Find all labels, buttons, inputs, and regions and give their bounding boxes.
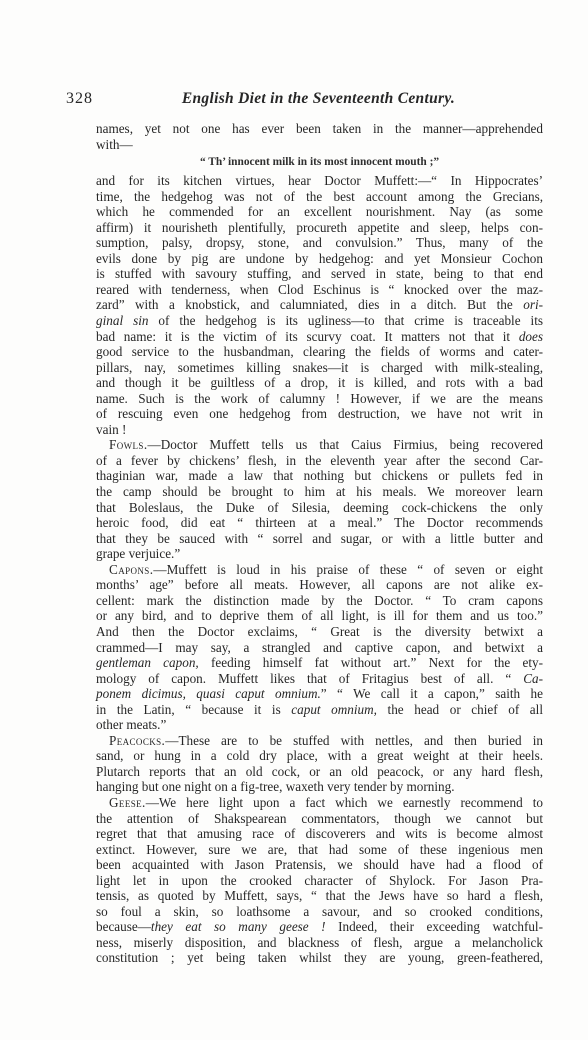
page-header: 328 English Diet in the Seventeenth Cent… <box>66 90 544 108</box>
text-line: tensis, as quoted by Muffett, says, “ th… <box>96 888 543 904</box>
text-line: bad name: it is the victim of its scurvy… <box>96 329 543 345</box>
text-line: and though it be guiltless of a drop, it… <box>96 375 543 391</box>
text-line: with— <box>96 137 543 153</box>
text-line: mology of capon. Muffett likes that of F… <box>96 671 543 687</box>
text-line: Peacocks.—These are to be stuffed with n… <box>96 733 543 749</box>
text-line: that they be sauced with “ sorrel and su… <box>96 531 543 547</box>
text-line: of a fever by chickens’ flesh, in the el… <box>96 453 543 469</box>
text-line: or any bird, and to deprive them of all … <box>96 608 543 624</box>
text-line: vain ! <box>96 422 543 438</box>
text-line: sand, or hung in a cold dry place, with … <box>96 748 543 764</box>
text-line: ginal sin of the hedgehog is its uglines… <box>96 313 543 329</box>
text-line: gentleman capon, feeding himself fat wit… <box>96 655 543 671</box>
text-line: and for its kitchen virtues, hear Doctor… <box>96 173 543 189</box>
text-line: names, yet not one has ever been taken i… <box>96 121 543 137</box>
text-line: time, the hedgehog was not of the best a… <box>96 189 543 205</box>
text-line: affirm) it nourisheth plentifully, procu… <box>96 220 543 236</box>
verse-quote: “ Th’ innocent milk in its most innocent… <box>96 156 543 169</box>
text-line: other meats.” <box>96 717 543 733</box>
text-line: in the Latin, “ because it is caput omni… <box>96 702 543 718</box>
book-page: 328 English Diet in the Seventeenth Cent… <box>0 0 588 1040</box>
text-line: ness, miserly disposition, and blackness… <box>96 935 543 951</box>
page-text: names, yet not one has ever been taken i… <box>96 121 543 966</box>
paragraph-capons: Capons.—Muffett is loud in his praise of… <box>96 562 543 733</box>
text-line: pillars, nay, sometimes killing snakes—i… <box>96 360 543 376</box>
text-line: because—they eat so many geese ! Indeed,… <box>96 919 543 935</box>
text-line: reared with tenderness, when Clod Eschin… <box>96 282 543 298</box>
text-line: sumption, palsy, dropsy, stone, and conv… <box>96 235 543 251</box>
text-line: zard” with a knobstick, and calumniated,… <box>96 297 543 313</box>
paragraph-continuation: names, yet not one has ever been taken i… <box>96 121 543 152</box>
text-line: crammed—I may say, a strangled and capti… <box>96 640 543 656</box>
text-line: Fowls.—Doctor Muffett tells us that Caiu… <box>96 437 543 453</box>
text-line: regret that that amusing race of discove… <box>96 826 543 842</box>
text-line: months’ age” before all meats. However, … <box>96 577 543 593</box>
text-line: Plutarch reports that an old cock, or an… <box>96 764 543 780</box>
text-line: light let in upon the crooked character … <box>96 873 543 889</box>
running-title: English Diet in the Seventeenth Century. <box>93 90 544 108</box>
text-line: extinct. However, sure we are, that had … <box>96 842 543 858</box>
text-line: “ Th’ innocent milk in its most innocent… <box>96 156 543 169</box>
text-line: is stuffed with savoury stuffing, and se… <box>96 266 543 282</box>
text-line: name. Such is the work of calumny ! Howe… <box>96 391 543 407</box>
paragraph-peacocks: Peacocks.—These are to be stuffed with n… <box>96 733 543 795</box>
text-line: heroic food, did eat “ thirteen at a mea… <box>96 515 543 531</box>
page-number: 328 <box>66 90 93 108</box>
text-line: Capons.—Muffett is loud in his praise of… <box>96 562 543 578</box>
text-line: Geese.—We here light upon a fact which w… <box>96 795 543 811</box>
text-line: evils done by pig are undone by hedgehog… <box>96 251 543 267</box>
text-line: cellent: mark the distinction made by th… <box>96 593 543 609</box>
text-line: ponem dicimus, quasi caput omnium.” “ We… <box>96 686 543 702</box>
paragraph-hedgehog: and for its kitchen virtues, hear Doctor… <box>96 173 543 437</box>
text-line: grape verjuice.” <box>96 546 543 562</box>
text-line: the attention of Shakspearean commentato… <box>96 811 543 827</box>
text-line: thaginian war, made a law that nothing b… <box>96 468 543 484</box>
paragraph-fowls: Fowls.—Doctor Muffett tells us that Caiu… <box>96 437 543 561</box>
text-line: constitution ; yet being taken whilst th… <box>96 950 543 966</box>
text-line: been acquainted with Jason Pratensis, we… <box>96 857 543 873</box>
text-line: good service to the husbandman, clearing… <box>96 344 543 360</box>
text-line: which he commended for an excellent nour… <box>96 204 543 220</box>
paragraph-geese: Geese.—We here light upon a fact which w… <box>96 795 543 966</box>
text-line: that Boleslaus, the Duke of Silesia, dee… <box>96 500 543 516</box>
text-line: the camp should be brought to him at his… <box>96 484 543 500</box>
text-line: of rescuing even one hedgehog from destr… <box>96 406 543 422</box>
text-line: hanging but one night on a fig-tree, wax… <box>96 779 543 795</box>
text-line: And then the Doctor exclaims, “ Great is… <box>96 624 543 640</box>
text-line: so foul a skin, so loathsome a savour, a… <box>96 904 543 920</box>
